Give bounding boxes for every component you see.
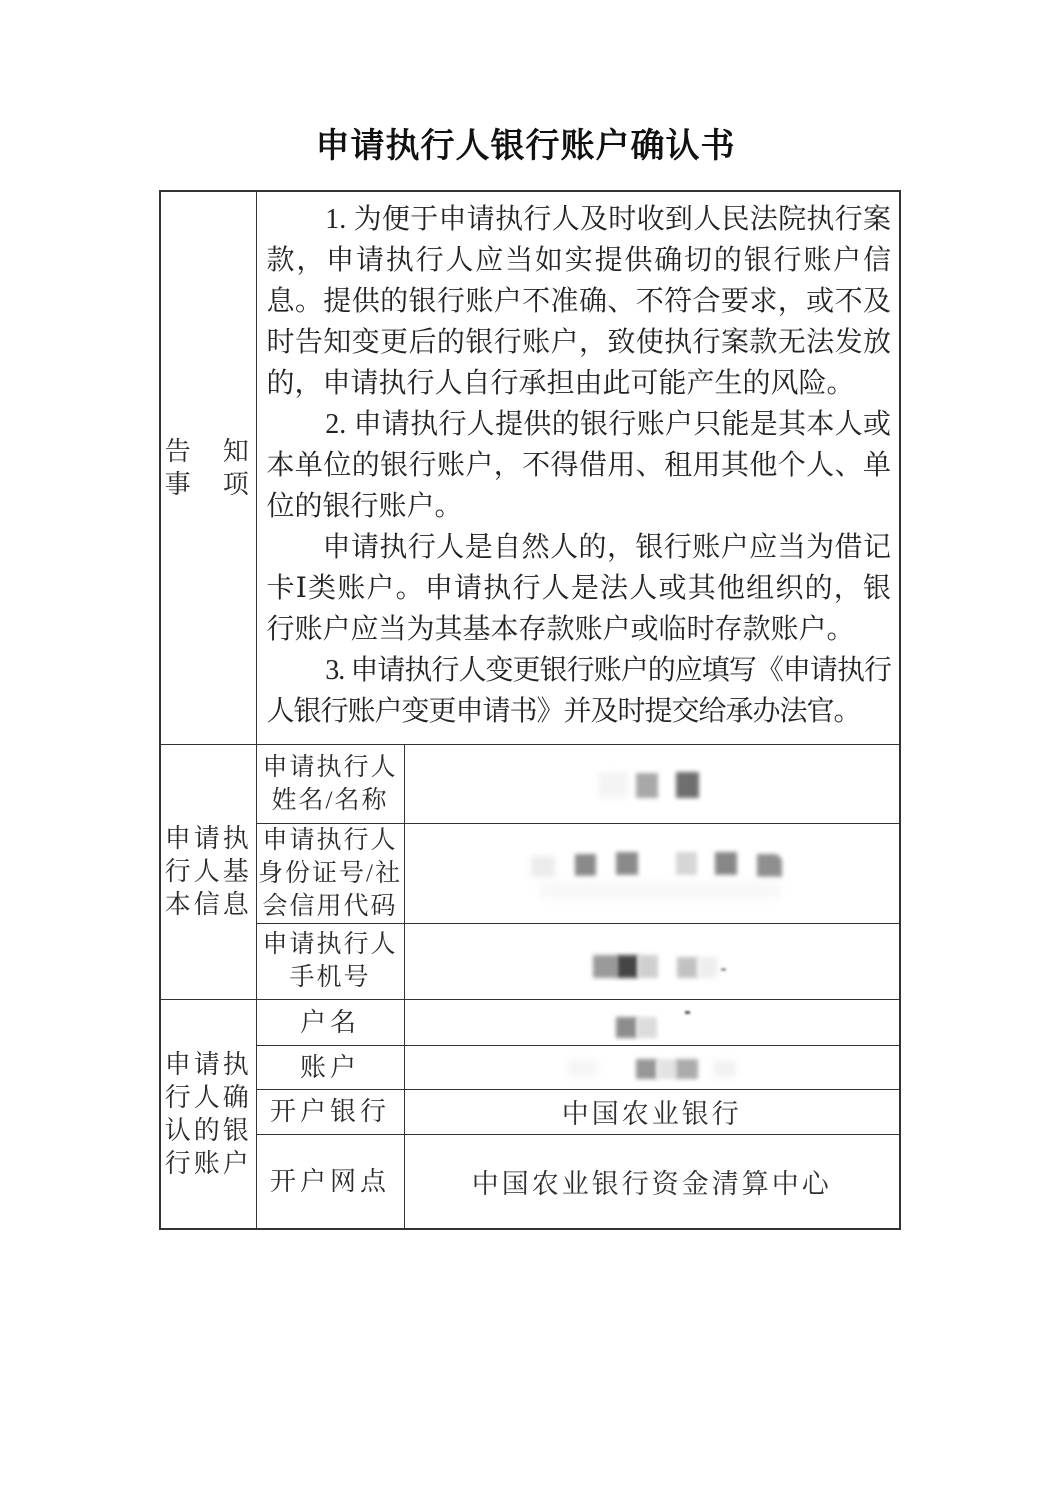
section-label-line: 本信息: [161, 888, 256, 921]
notice-label-line: 告 知: [161, 435, 256, 468]
table-row: 申请执 行人基 本信息 申请执行人 姓名/名称: [160, 744, 900, 823]
document-page: 申请执行人银行账户确认书 告 知 事 项 1. 为便于申请执行人及时收到人民法院…: [0, 0, 1051, 1489]
notice-paragraph-4: 3. 申请执行人变更银行账户的应填写《申请执行人银行账户变更申请书》并及时提交给…: [267, 650, 892, 732]
bank-name-value: 中国农业银行: [404, 1089, 900, 1134]
applicant-id-value: [404, 823, 900, 923]
notice-label-line: 事 项: [161, 468, 256, 501]
applicant-name-value: [404, 744, 900, 823]
account-number-value: [404, 1045, 900, 1089]
field-label-line: 会信用代码: [257, 890, 404, 923]
section-label-line: 行人确: [161, 1081, 256, 1114]
table-row: 申请执 行人确 认的银 行账户 户名: [160, 999, 900, 1045]
basic-info-section-label: 申请执 行人基 本信息: [160, 744, 256, 999]
section-label-line: 申请执: [161, 1048, 256, 1081]
field-label-line: 申请执行人: [257, 751, 404, 784]
applicant-phone-value: [404, 923, 900, 999]
notice-section-label: 告 知 事 项: [160, 191, 256, 744]
table-row: 账户: [160, 1045, 900, 1089]
applicant-name-field-label: 申请执行人 姓名/名称: [256, 744, 404, 823]
table-row: 开户银行 中国农业银行: [160, 1089, 900, 1134]
section-label-line: 行人基: [161, 855, 256, 888]
notice-paragraph-2: 2. 申请执行人提供的银行账户只能是其本人或本单位的银行账户，不得借用、租用其他…: [267, 404, 892, 527]
bank-name-field-label: 开户银行: [256, 1089, 404, 1134]
bank-branch-value: 中国农业银行资金清算中心: [404, 1134, 900, 1229]
field-label-line: 身份证号/社: [257, 857, 404, 890]
applicant-phone-field-label: 申请执行人 手机号: [256, 923, 404, 999]
notice-paragraph-1: 1. 为便于申请执行人及时收到人民法院执行案款，申请执行人应当如实提供确切的银行…: [267, 199, 892, 404]
document-title: 申请执行人银行账户确认书: [0, 118, 1051, 167]
table-row: 申请执行人 身份证号/社 会信用代码: [160, 823, 900, 923]
field-label-line: 申请执行人: [257, 824, 404, 857]
notice-paragraph-3: 申请执行人是自然人的，银行账户应当为借记卡Ⅰ类账户。申请执行人是法人或其他组织的…: [267, 527, 892, 650]
section-label-line: 申请执: [161, 822, 256, 855]
account-holder-field-label: 户名: [256, 999, 404, 1045]
section-label-line: 行账户: [161, 1147, 256, 1180]
applicant-id-field-label: 申请执行人 身份证号/社 会信用代码: [256, 823, 404, 923]
field-label-line: 姓名/名称: [257, 784, 404, 817]
bank-account-section-label: 申请执 行人确 认的银 行账户: [160, 999, 256, 1229]
field-label-line: 手机号: [257, 961, 404, 994]
table-row: 开户网点 中国农业银行资金清算中心: [160, 1134, 900, 1229]
notice-text: 1. 为便于申请执行人及时收到人民法院执行案款，申请执行人应当如实提供确切的银行…: [257, 192, 900, 732]
table-row: 申请执行人 手机号: [160, 923, 900, 999]
confirmation-form-table: 告 知 事 项 1. 为便于申请执行人及时收到人民法院执行案款，申请执行人应当如…: [159, 190, 901, 1230]
account-holder-value: [404, 999, 900, 1045]
notice-section-row: 告 知 事 项 1. 为便于申请执行人及时收到人民法院执行案款，申请执行人应当如…: [160, 191, 900, 744]
field-label-line: 申请执行人: [257, 928, 404, 961]
notice-content-cell: 1. 为便于申请执行人及时收到人民法院执行案款，申请执行人应当如实提供确切的银行…: [256, 191, 900, 744]
section-label-line: 认的银: [161, 1114, 256, 1147]
account-number-field-label: 账户: [256, 1045, 404, 1089]
bank-branch-field-label: 开户网点: [256, 1134, 404, 1229]
